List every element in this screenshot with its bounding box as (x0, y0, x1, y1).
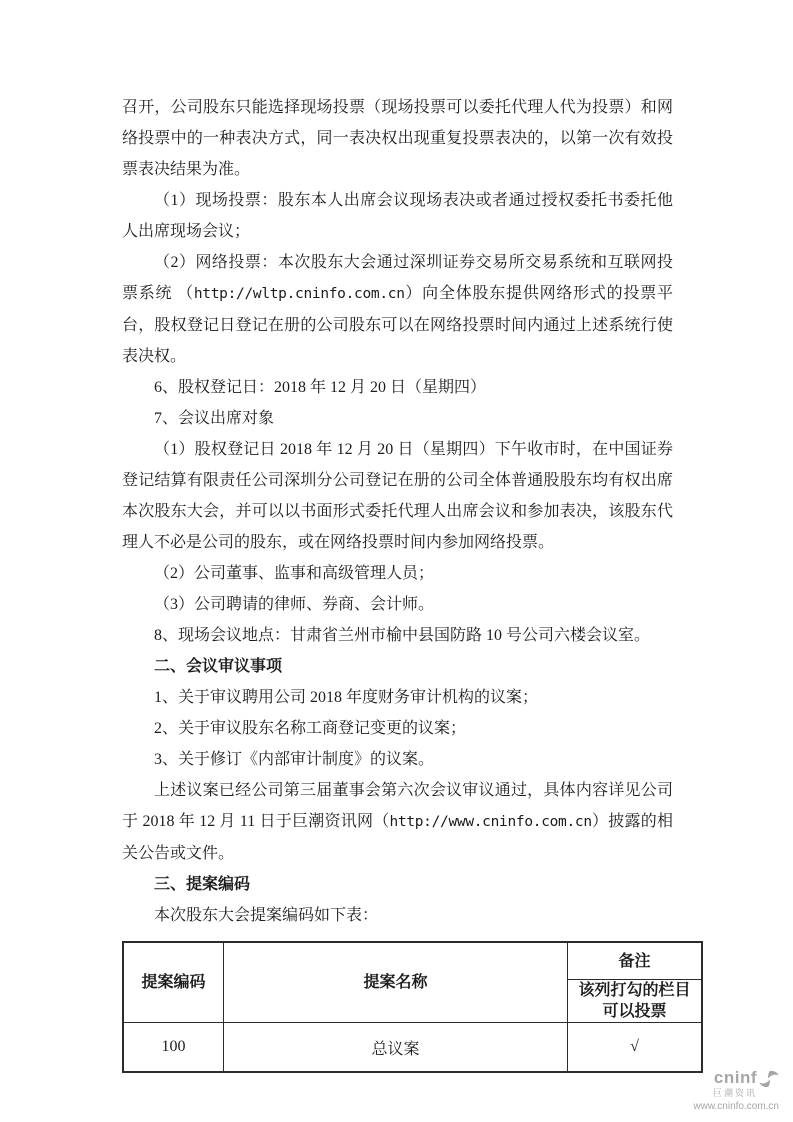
cell-vote-checkmark: √ (568, 1023, 703, 1073)
paragraph-record-date: 6、股权登记日：2018 年 12 月 20 日（星期四） (122, 372, 673, 403)
paragraph-proposal-3: 3、关于修订《内部审计制度》的议案。 (122, 744, 673, 775)
cninfo-chinese-name: 巨潮资讯 (693, 1089, 757, 1099)
table-header-proposal-name: 提案名称 (224, 942, 568, 1023)
paragraph-attendees-heading: 7、会议出席对象 (122, 403, 673, 434)
cninfo-logo-text: cninf (714, 1069, 757, 1088)
table-header-note-sub: 该列打勾的栏目可以投票 (568, 980, 703, 1023)
cninfo-logo: cninf 巨潮资讯 www.cninfo.com.cn (693, 1069, 779, 1112)
paragraph-online-voting: （2）网络投票：本次股东大会通过深圳证券交易所交易系统和互联网投票系统 （htt… (122, 247, 673, 372)
paragraph-meeting-location: 8、现场会议地点：甘肃省兰州市榆中县国防路 10 号公司六楼会议室。 (122, 620, 673, 651)
section-heading-proposal-codes: 三、提案编码 (122, 869, 673, 900)
voting-platform-url: http://wltp.cninfo.com.cn (194, 286, 405, 302)
section-heading-matters: 二、会议审议事项 (122, 651, 673, 682)
table-header-row-top: 提案编码 提案名称 备注 (123, 942, 702, 980)
paragraph-table-intro: 本次股东大会提案编码如下表： (122, 900, 673, 931)
paragraph-disclosure: 上述议案已经公司第三届董事会第六次会议审议通过，具体内容详见公司于 2018 年… (122, 775, 673, 869)
paragraph-onsite-voting: （1）现场投票：股东本人出席会议现场表决或者通过授权委托书委托他人出席现场会议； (122, 185, 673, 247)
document-body: 召开，公司股东只能选择现场投票（现场投票可以委托代理人代为投票）和网络投票中的一… (122, 92, 673, 1073)
table-row: 100 总议案 √ (123, 1023, 702, 1073)
paragraph-attendees-directors: （2）公司董事、监事和高级管理人员； (122, 558, 673, 589)
paragraph-attendees-shareholders: （1）股权登记日 2018 年 12 月 20 日（星期四）下午收市时，在中国证… (122, 434, 673, 558)
table-header-proposal-code: 提案编码 (123, 942, 224, 1023)
paragraph-attendees-advisors: （3）公司聘请的律师、券商、会计师。 (122, 589, 673, 620)
proposal-code-table: 提案编码 提案名称 备注 该列打勾的栏目可以投票 100 总议案 √ (122, 941, 703, 1073)
paragraph-proposal-2: 2、关于审议股东名称工商登记变更的议案； (122, 713, 673, 744)
cell-proposal-code: 100 (123, 1023, 224, 1073)
cell-proposal-name: 总议案 (224, 1023, 568, 1073)
cninfo-website-url: www.cninfo.com.cn (693, 1101, 779, 1112)
cninfo-swirl-icon (759, 1070, 779, 1088)
paragraph-proposal-1: 1、关于审议聘用公司 2018 年度财务审计机构的议案； (122, 682, 673, 713)
table-header-note: 备注 (568, 942, 703, 980)
document-page: 召开，公司股东只能选择现场投票（现场投票可以委托代理人代为投票）和网络投票中的一… (0, 0, 793, 1122)
cninfo-url: http://www.cninfo.com.cn (389, 814, 591, 830)
paragraph-continuation: 召开，公司股东只能选择现场投票（现场投票可以委托代理人代为投票）和网络投票中的一… (122, 92, 673, 185)
